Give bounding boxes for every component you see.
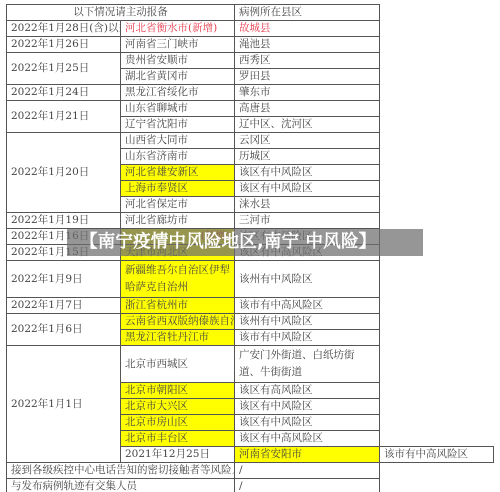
- county-cell: 故城县: [235, 21, 380, 37]
- county-cell: /: [235, 463, 380, 479]
- location-cell: 河南省安阳市: [235, 447, 380, 463]
- date-cell: 2021年12月25日: [121, 447, 235, 463]
- county-cell: 涞水县: [235, 197, 380, 213]
- table-row: 2022年1月21日 山东省聊城市 高唐县: [7, 101, 494, 117]
- location-cell: 北京市大兴区: [121, 399, 235, 415]
- table-row: 接到各级疾控中心电话告知的密切接触者等风险人员 /: [7, 463, 494, 479]
- table-row: 2022年1月19日 河北省廊坊市 三河市: [7, 213, 494, 229]
- location-cell: 山东省聊城市: [121, 101, 235, 117]
- location-cell: 北京市朝阳区: [121, 383, 235, 399]
- county-cell: 三河市: [235, 213, 380, 229]
- location-cell: 北京市房山区: [121, 415, 235, 431]
- location-cell: 河北省保定市: [121, 197, 235, 213]
- location-cell: 山东省济南市: [121, 149, 235, 165]
- location-cell: 河北省雄安新区: [121, 165, 235, 181]
- location-cell: 湖北省黄冈市: [121, 69, 235, 85]
- county-cell: 该市有中风险区: [235, 330, 380, 346]
- location-cell: 北京市西城区: [121, 346, 235, 383]
- location-cell: 山西省大同市: [121, 133, 235, 149]
- table-row: 2022年1月20日 山西省大同市 云冈区: [7, 133, 494, 149]
- location-cell: 黑龙江省绥化市: [121, 85, 235, 101]
- table-row: 2022年1月26日 河南省三门峡市 渑池县: [7, 37, 494, 53]
- county-cell: 广安门外街道、白纸坊街道、牛街街道: [235, 346, 380, 383]
- location-cell: 北京市丰台区: [121, 431, 235, 447]
- county-cell: 该区有中风险区: [235, 399, 380, 415]
- county-cell: 该区有中风险区: [235, 415, 380, 431]
- date-cell: 2022年1月19日: [7, 213, 121, 229]
- date-cell: 2022年1月24日: [7, 85, 121, 101]
- county-cell: 该区有中风险区: [235, 165, 380, 181]
- date-cell: 2022年1月9日: [7, 261, 121, 298]
- county-cell: /: [235, 479, 380, 492]
- county-cell: 该市有中高风险区: [235, 298, 380, 314]
- county-cell: 该市有中高风险区: [380, 447, 494, 463]
- date-cell: 2022年1月21日: [7, 101, 121, 133]
- date-cell: 2022年1月7日: [7, 298, 121, 314]
- footer-note: 接到各级疾控中心电话告知的密切接触者等风险人员: [7, 463, 235, 479]
- caption-text: 【南宁疫情中风险地区,南宁 中风险】: [80, 230, 376, 254]
- date-cell: 2022年1月26日: [7, 37, 121, 53]
- location-cell: 新疆维吾尔自治区伊犁哈萨克自治州: [121, 261, 235, 298]
- county-cell: 该区有高风险区: [235, 383, 380, 399]
- county-cell: 历城区: [235, 149, 380, 165]
- county-cell: 云冈区: [235, 133, 380, 149]
- table-row: 2022年1月28日(含)以来途经 河北省衡水市(新增) 故城县: [7, 21, 494, 37]
- county-cell: 西秀区: [235, 53, 380, 69]
- location-cell: 云南省西双版纳傣族自治州: [121, 314, 235, 330]
- county-cell: 该区有中风险区: [235, 181, 380, 197]
- date-cell: 2022年1月28日(含)以来途经: [7, 21, 121, 37]
- location-cell: 贵州省安顺市: [121, 53, 235, 69]
- table-row: 与发布病例轨迹有交集人员 /: [7, 479, 494, 492]
- location-cell: 浙江省杭州市: [121, 298, 235, 314]
- county-cell: 渑池县: [235, 37, 380, 53]
- table-row: 2022年1月25日 贵州省安顺市 西秀区: [7, 53, 494, 69]
- location-cell: 河南省三门峡市: [121, 37, 235, 53]
- date-cell: 2022年1月20日: [7, 133, 121, 213]
- location-cell: 河北省廊坊市: [121, 213, 235, 229]
- header-report: 以下情况请主动报备: [7, 5, 235, 21]
- footer-note: 与发布病例轨迹有交集人员: [7, 479, 235, 492]
- county-cell: 罗田县: [235, 69, 380, 85]
- table-row: 2022年1月9日 新疆维吾尔自治区伊犁哈萨克自治州 该州有中风险区: [7, 261, 494, 298]
- location-cell: 河北省衡水市(新增): [121, 21, 235, 37]
- county-cell: 该州有中风险区: [235, 314, 380, 330]
- date-cell: 2022年1月1日: [7, 346, 121, 463]
- date-cell: 2022年1月6日: [7, 314, 121, 346]
- county-cell: 肇东市: [235, 85, 380, 101]
- table-row: 2022年1月1日 北京市西城区 广安门外街道、白纸坊街道、牛街街道: [7, 346, 494, 383]
- table-row: 2022年1月24日 黑龙江省绥化市 肇东市: [7, 85, 494, 101]
- header-county: 病例所在县区: [235, 5, 380, 21]
- location-cell: 辽宁省沈阳市: [121, 117, 235, 133]
- date-cell: 2022年1月25日: [7, 53, 121, 85]
- county-cell: 辽中区、沈河区: [235, 117, 380, 133]
- location-cell: 上海市奉贤区: [121, 181, 235, 197]
- location-cell: 黑龙江省牡丹江市: [121, 330, 235, 346]
- table-row: 2022年1月7日 浙江省杭州市 该市有中高风险区: [7, 298, 494, 314]
- table-row: 2022年1月6日 云南省西双版纳傣族自治州 该州有中风险区: [7, 314, 494, 330]
- county-cell: 高唐县: [235, 101, 380, 117]
- county-cell: 该区有中高风险区: [235, 431, 380, 447]
- county-cell: 该州有中风险区: [235, 261, 380, 298]
